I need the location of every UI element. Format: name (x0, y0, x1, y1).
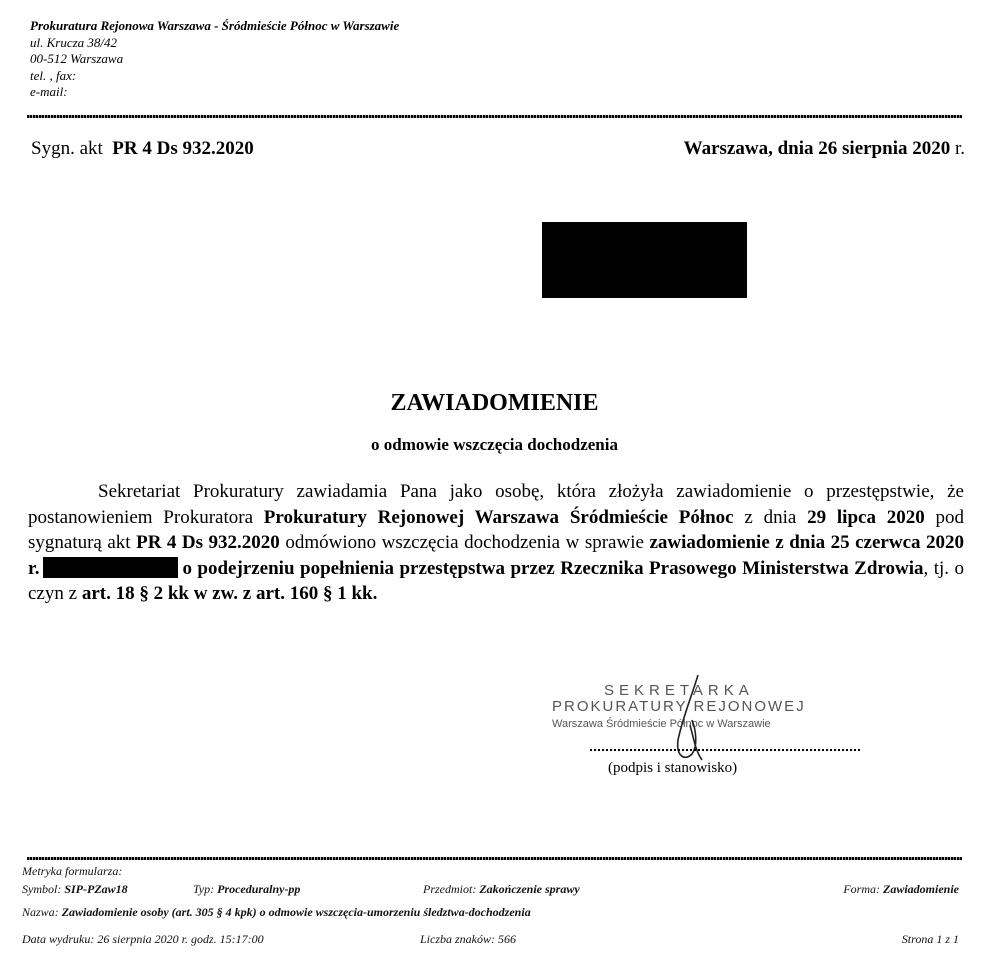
body-bold-decision-date: 29 lipca 2020 (807, 507, 925, 528)
email: e-mail: (30, 84, 399, 101)
redacted-name (43, 557, 178, 578)
signature-line (590, 749, 860, 751)
address-street: ul. Krucza 38/42 (30, 35, 399, 52)
form-symbol: Symbol: SIP-PZaw18 (22, 882, 128, 897)
address-city: 00-512 Warszawa (30, 51, 399, 68)
type-value: Proceduralny-pp (217, 882, 300, 896)
form-metadata-label: Metryka formularza: (22, 864, 122, 879)
page-number: Strona 1 z 1 (902, 932, 959, 947)
case-reference-label: Sygn. akt (31, 138, 103, 159)
body-bold-case-number: PR 4 Ds 932.2020 (136, 532, 280, 553)
form-kind: Forma: Zawiadomienie (843, 882, 959, 897)
case-reference-value: PR 4 Ds 932.2020 (112, 138, 253, 159)
organization-name: Prokuratura Rejonowa Warszawa - Śródmieś… (30, 18, 399, 35)
body-bold-prosecutor-office: Prokuratury Rejonowej Warszawa Śródmieśc… (264, 507, 734, 528)
name-value: Zawiadomienie osoby (art. 305 § 4 kpk) o… (62, 905, 531, 919)
date-value: 26 sierpnia 2020 (818, 138, 950, 159)
body-bold-suspicion: o podejrzeniu popełnienia przestępstwa p… (182, 558, 923, 579)
print-date: Data wydruku: 26 sierpnia 2020 r. godz. … (22, 932, 264, 947)
document-title: ZAWIADOMIENIE (0, 390, 989, 417)
date-prefix: Warszawa, dnia (684, 138, 814, 159)
subject-label: Przedmiot: (423, 882, 476, 896)
character-count: Liczba znaków: 566 (420, 932, 516, 947)
document-subtitle: o odmowie wszczęcia dochodzenia (0, 435, 989, 455)
subject-value: Zakończenie sprawy (479, 882, 579, 896)
footer-divider (27, 857, 962, 860)
date-suffix: r. (955, 138, 965, 159)
type-label: Typ: (193, 882, 214, 896)
kind-label: Forma: (843, 882, 880, 896)
signature-icon (670, 670, 710, 770)
case-reference: Sygn. akt PR 4 Ds 932.2020 (31, 138, 254, 160)
date-line: Warszawa, dnia 26 sierpnia 2020 r. (684, 138, 965, 160)
symbol-label: Symbol: (22, 882, 61, 896)
name-label: Nazwa: (22, 905, 59, 919)
signature-caption: (podpis i stanowisko) (608, 760, 737, 777)
body-text: z dnia (734, 507, 807, 528)
form-type: Typ: Proceduralny-pp (193, 882, 300, 897)
form-name: Nazwa: Zawiadomienie osoby (art. 305 § 4… (22, 905, 531, 920)
letterhead: Prokuratura Rejonowa Warszawa - Śródmieś… (30, 18, 399, 101)
body-text: odmówiono wszczęcia dochodzenia w sprawi… (280, 532, 650, 553)
header-divider (27, 115, 962, 118)
body-bold-legal-articles: art. 18 § 2 kk w zw. z art. 160 § 1 kk. (82, 583, 378, 604)
symbol-value: SIP-PZaw18 (64, 882, 127, 896)
form-subject: Przedmiot: Zakończenie sprawy (423, 882, 580, 897)
redacted-recipient-address (542, 222, 747, 298)
stamp-line-3: Warszawa Śródmieście Północ w Warszawie (552, 718, 771, 730)
body-paragraph: Sekretariat Prokuratury zawiadamia Pana … (28, 479, 964, 607)
kind-value: Zawiadomienie (883, 882, 959, 896)
phone-fax: tel. , fax: (30, 68, 399, 85)
